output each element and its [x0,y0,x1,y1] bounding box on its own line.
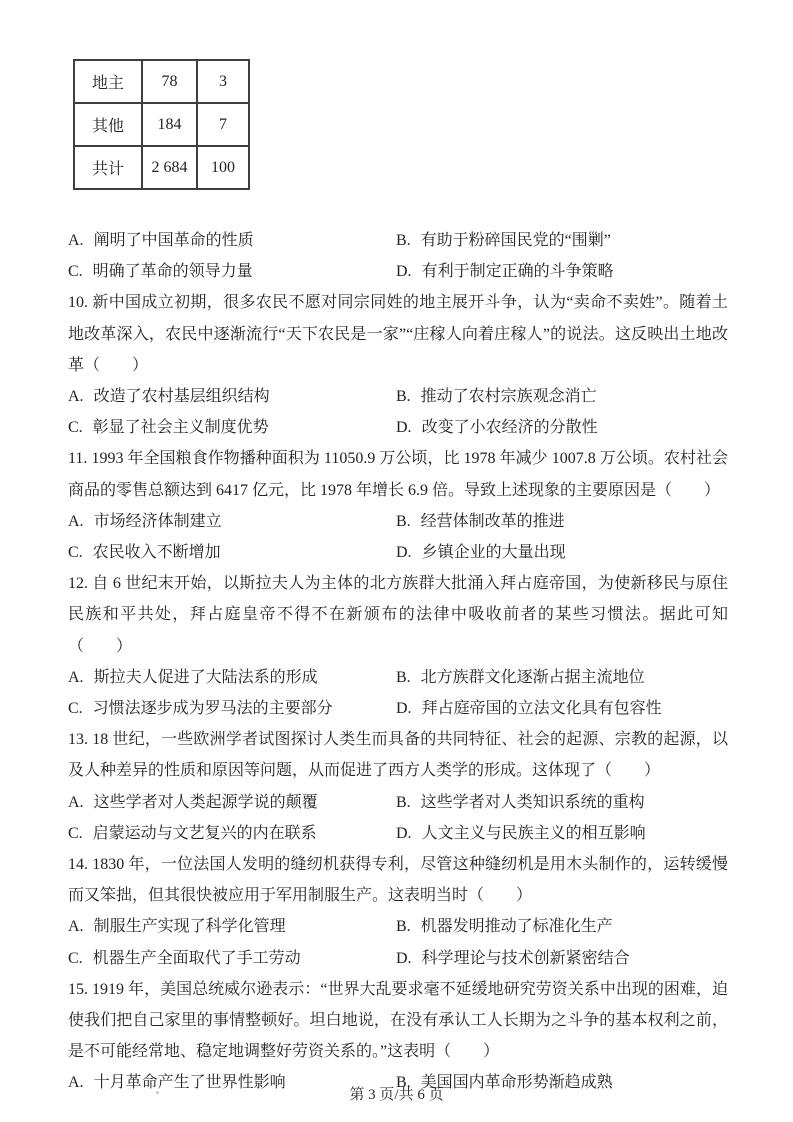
question-stem: 11. 1993 年全国粮食作物播种面积为 11050.9 万公顷，比 1978… [68,443,728,505]
option-text: 明确了革命的领导力量 [93,263,253,280]
option-c: C.农民收入不断增加 [68,537,396,568]
option-b: B.北方族群文化逐渐占据主流地位 [396,662,728,693]
options-grid: A.这些学者对人类起源学说的颠覆 B.这些学者对人类知识系统的重构 C.启蒙运动… [68,787,728,849]
option-letter: B. [396,794,411,811]
option-letter: D. [396,700,412,717]
options-grid: A.制服生产实现了科学化管理 B.机器发明推动了标准化生产 C.机器生产全面取代… [68,911,728,973]
option-c: C.机器生产全面取代了手工劳动 [68,943,396,974]
option-a: A.市场经济体制建立 [68,506,396,537]
option-c: C.习惯法逐步成为罗马法的主要部分 [68,693,396,724]
option-letter: C. [68,825,83,842]
question-12: 12. 自 6 世纪末开始，以斯拉夫人为主体的北方族群大批涌入拜占庭帝国，为使新… [68,568,728,724]
option-text: 乡镇企业的大量出现 [422,544,566,561]
option-letter: D. [396,950,412,967]
table-cell-percent: 100 [197,146,249,189]
option-b: B.这些学者对人类知识系统的重构 [396,787,728,818]
option-text: 机器生产全面取代了手工劳动 [93,950,301,967]
option-a: A.改造了农村基层组织结构 [68,381,396,412]
option-text: 有助于粉碎国民党的“围剿” [421,232,611,249]
option-text: 改造了农村基层组织结构 [94,388,270,405]
table-cell-percent: 3 [197,60,249,103]
option-b: B.机器发明推动了标准化生产 [396,911,728,942]
option-text: 市场经济体制建立 [94,513,222,530]
option-c: C.启蒙运动与文艺复兴的内在联系 [68,818,396,849]
option-d: D.人文主义与民族主义的相互影响 [396,818,728,849]
option-letter: B. [396,388,411,405]
option-text: 改变了小农经济的分散性 [422,419,598,436]
option-letter: A. [68,232,84,249]
question-11: 11. 1993 年全国粮食作物播种面积为 11050.9 万公顷，比 1978… [68,443,728,568]
option-c: C.明确了革命的领导力量 [68,256,396,287]
table-cell-percent: 7 [197,103,249,146]
option-letter: C. [68,700,83,717]
option-text: 这些学者对人类起源学说的颠覆 [94,794,318,811]
option-letter: C. [68,544,83,561]
question-15: 15. 1919 年，美国总统威尔逊表示：“世界大乱要求毫不延缓地研究劳资关系中… [68,974,728,1099]
option-b: B.经营体制改革的推进 [396,506,728,537]
option-d: D.有利于制定正确的斗争策略 [396,256,728,287]
option-letter: B. [396,232,411,249]
option-letter: D. [396,544,412,561]
option-text: 北方族群文化逐渐占据主流地位 [421,669,645,686]
table-cell-count: 184 [142,103,197,146]
question-stem: 15. 1919 年，美国总统威尔逊表示：“世界大乱要求毫不延缓地研究劳资关系中… [68,974,728,1068]
option-letter: D. [396,419,412,436]
option-text: 机器发明推动了标准化生产 [421,918,613,935]
question-stem: 13. 18 世纪，一些欧洲学者试图探讨人类生而具备的共同特征、社会的起源、宗教… [68,724,728,786]
option-text: 制服生产实现了科学化管理 [94,918,286,935]
option-a: A.制服生产实现了科学化管理 [68,911,396,942]
option-text: 这些学者对人类知识系统的重构 [421,794,645,811]
option-text: 启蒙运动与文艺复兴的内在联系 [93,825,317,842]
page-content: 地主 78 3 其他 184 7 共计 2 684 100 A.阐明了中国革命的… [68,0,728,1099]
option-text: 习惯法逐步成为罗马法的主要部分 [93,700,333,717]
question-9-options: A.阐明了中国革命的性质 B.有助于粉碎国民党的“围剿” C.明确了革命的领导力… [68,225,728,287]
question-10: 10. 新中国成立初期，很多农民不愿对同宗同姓的地主展开斗争，认为“卖命不卖姓”… [68,287,728,443]
option-text: 拜占庭帝国的立法文化具有包容性 [422,700,662,717]
option-letter: A. [68,669,84,686]
option-d: D.乡镇企业的大量出现 [396,537,728,568]
options-grid: A.改造了农村基层组织结构 B.推动了农村宗族观念消亡 C.彰显了社会主义制度优… [68,381,728,443]
table-cell-category: 共计 [74,146,142,189]
question-stem: 14. 1830 年，一位法国人发明的缝纫机获得专利，尽管这种缝纫机是用木头制作… [68,849,728,911]
table-cell-category: 其他 [74,103,142,146]
option-text: 人文主义与民族主义的相互影响 [422,825,646,842]
exam-document-page: 地主 78 3 其他 184 7 共计 2 684 100 A.阐明了中国革命的… [0,0,793,1122]
table-row: 其他 184 7 [74,103,249,146]
page-footer: 第 3 页/共 6 页 [0,1083,793,1104]
option-d: D.科学理论与技术创新紧密结合 [396,943,728,974]
option-text: 科学理论与技术创新紧密结合 [422,950,630,967]
question-stem: 10. 新中国成立初期，很多农民不愿对同宗同姓的地主展开斗争，认为“卖命不卖姓”… [68,287,728,381]
option-b: B.有助于粉碎国民党的“围剿” [396,225,728,256]
table-cell-category: 地主 [74,60,142,103]
table-row: 地主 78 3 [74,60,249,103]
option-a: A.这些学者对人类起源学说的颠覆 [68,787,396,818]
table-row: 共计 2 684 100 [74,146,249,189]
option-letter: A. [68,794,84,811]
option-d: D.改变了小农经济的分散性 [396,412,728,443]
question-14: 14. 1830 年，一位法国人发明的缝纫机获得专利，尽管这种缝纫机是用木头制作… [68,849,728,974]
option-letter: B. [396,918,411,935]
option-letter: D. [396,825,412,842]
option-letter: A. [68,918,84,935]
option-text: 有利于制定正确的斗争策略 [422,263,614,280]
option-a: A.阐明了中国革命的性质 [68,225,396,256]
options-grid: A.市场经济体制建立 B.经营体制改革的推进 C.农民收入不断增加 D.乡镇企业… [68,506,728,568]
option-text: 彰显了社会主义制度优势 [93,419,269,436]
options-grid: A.阐明了中国革命的性质 B.有助于粉碎国民党的“围剿” C.明确了革命的领导力… [68,225,728,287]
option-b: B.推动了农村宗族观念消亡 [396,381,728,412]
option-letter: D. [396,263,412,280]
options-grid: A.斯拉夫人促进了大陆法系的形成 B.北方族群文化逐渐占据主流地位 C.习惯法逐… [68,662,728,724]
option-text: 农民收入不断增加 [93,544,221,561]
option-text: 阐明了中国革命的性质 [94,232,254,249]
option-letter: C. [68,263,83,280]
option-letter: B. [396,669,411,686]
option-letter: B. [396,513,411,530]
option-letter: C. [68,419,83,436]
statistics-table: 地主 78 3 其他 184 7 共计 2 684 100 [73,59,250,190]
option-text: 经营体制改革的推进 [421,513,565,530]
question-13: 13. 18 世纪，一些欧洲学者试图探讨人类生而具备的共同特征、社会的起源、宗教… [68,724,728,849]
table-cell-count: 2 684 [142,146,197,189]
table-cell-count: 78 [142,60,197,103]
option-letter: A. [68,388,84,405]
option-c: C.彰显了社会主义制度优势 [68,412,396,443]
question-stem: 12. 自 6 世纪末开始，以斯拉夫人为主体的北方族群大批涌入拜占庭帝国，为使新… [68,568,728,662]
option-letter: A. [68,513,84,530]
option-letter: C. [68,950,83,967]
option-d: D.拜占庭帝国的立法文化具有包容性 [396,693,728,724]
option-text: 推动了农村宗族观念消亡 [421,388,597,405]
option-text: 斯拉夫人促进了大陆法系的形成 [94,669,318,686]
option-a: A.斯拉夫人促进了大陆法系的形成 [68,662,396,693]
